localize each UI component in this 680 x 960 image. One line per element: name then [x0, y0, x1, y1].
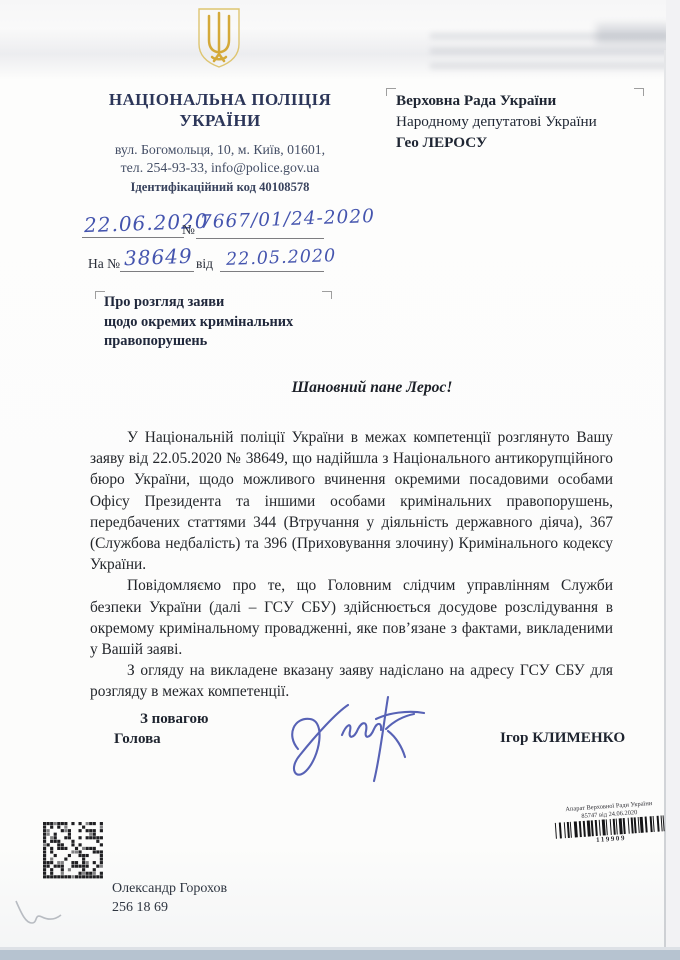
signer-name: Ігор КЛИМЕНКО — [500, 729, 625, 747]
scan-bottom-strip — [0, 950, 680, 960]
subject-line2: щодо окремих кримінальних — [104, 313, 334, 333]
datamatrix-code — [43, 822, 104, 879]
reply-date-label: від — [196, 256, 213, 272]
salutation: Шановний пане Лерос! — [90, 379, 612, 397]
number-sign-label: № — [182, 222, 195, 238]
org-name-line1: НАЦІОНАЛЬНА ПОЛІЦІЯ — [70, 89, 370, 110]
handwritten-signature — [284, 691, 440, 789]
reply-date-underline — [220, 271, 324, 272]
recipient-org: Верховна Рада України — [396, 90, 641, 111]
registration-stamp: Апарат Верховної Ради України 85747 від … — [545, 799, 676, 849]
handwritten-reply-number: 38649 — [124, 244, 193, 270]
executor-block: Олександр Горохов 256 18 69 — [112, 879, 227, 917]
reply-number-underline — [120, 271, 194, 272]
subject-line3: правопорушень — [104, 332, 334, 352]
letter-body: У Національній поліції України в межах к… — [90, 427, 613, 703]
number-underline — [196, 238, 324, 239]
pencil-mark — [12, 893, 64, 929]
recipient-corner-mark-left — [386, 88, 396, 96]
recipient-block: Верховна Рада України Народному депутато… — [396, 90, 641, 153]
signer-title: Голова — [114, 731, 161, 748]
org-id-code: Ідентифікаційний код 40108578 — [70, 178, 370, 196]
body-paragraph-1: У Національній поліції України в межах к… — [90, 427, 613, 575]
handwritten-outgoing-number: 7667/01/24-2020 — [200, 206, 376, 233]
org-name: НАЦІОНАЛЬНА ПОЛІЦІЯ УКРАЇНИ — [70, 89, 370, 131]
recipient-name: Гео ЛЕРОСУ — [396, 132, 641, 153]
subject-line1: Про розгляд заяви — [104, 293, 334, 313]
reply-number-label: На № — [88, 256, 120, 272]
executor-name: Олександр Горохов — [112, 879, 227, 898]
subject-block: Про розгляд заяви щодо окремих криміналь… — [104, 293, 334, 352]
handwritten-reply-date: 22.05.2020 — [226, 246, 337, 270]
trident-emblem-icon — [196, 7, 242, 69]
org-address-line1: вул. Богомольця, 10, м. Київ, 01601, — [70, 141, 370, 159]
recipient-role: Народному депутатові України — [396, 111, 641, 132]
bleed-through-ghost-corner — [596, 24, 672, 44]
scanned-letter-page: НАЦІОНАЛЬНА ПОЛІЦІЯ УКРАЇНИ вул. Богомол… — [0, 0, 680, 960]
org-name-line2: УКРАЇНИ — [70, 110, 370, 131]
org-address: вул. Богомольця, 10, м. Київ, 01601, тел… — [70, 141, 370, 196]
date-underline — [82, 237, 184, 238]
closing-phrase: З повагою — [140, 711, 208, 728]
body-paragraph-2: Повідомляємо про те, що Головним слідчим… — [90, 575, 613, 660]
executor-phone: 256 18 69 — [112, 898, 227, 917]
org-address-line2: тел. 254-93-33, info@police.gov.ua — [70, 159, 370, 177]
